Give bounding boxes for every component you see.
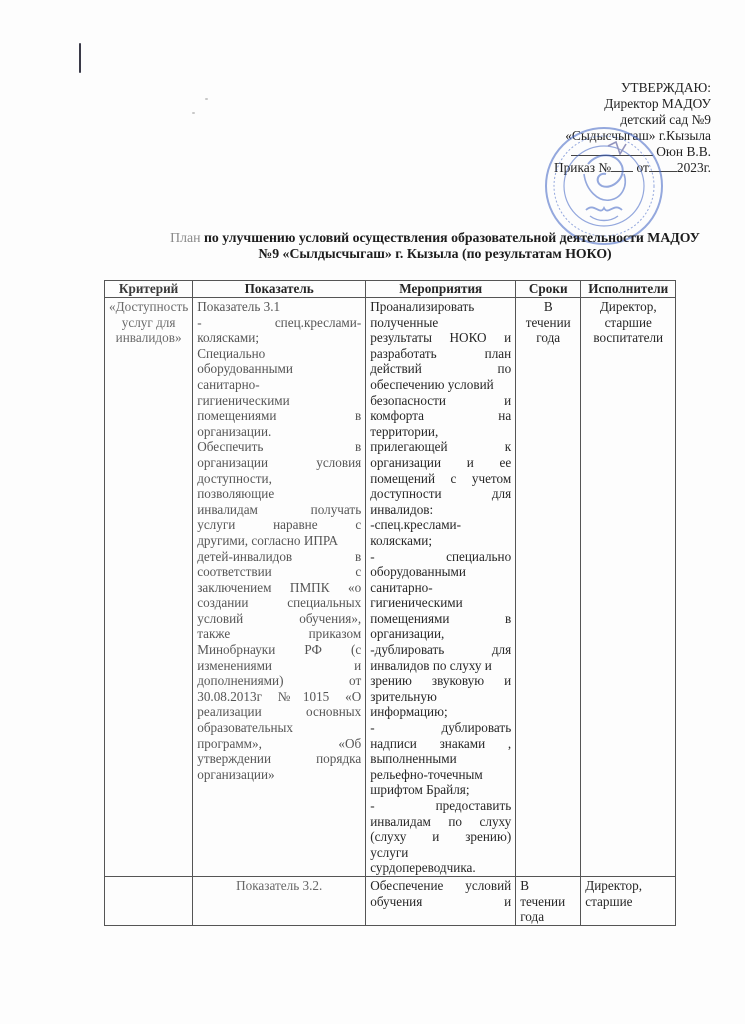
cell-text-line: прилегающей к [370, 439, 511, 455]
approval-signatory-line: Оюн В.В. [554, 144, 711, 160]
cell-text-line: Директор, [585, 878, 671, 894]
cell-text-line: Минобрнауки РФ (с [197, 642, 361, 658]
cell-terms: В течениигода [516, 876, 581, 925]
cell-text-line: организации условия [197, 455, 361, 471]
order-number-blank [611, 160, 633, 172]
cell-text-line: организации» [197, 767, 361, 783]
cell-text-line: рельефно-точечным [370, 767, 511, 783]
cell-text-line: обеспечению условий [370, 377, 511, 393]
pen-mark [79, 43, 81, 73]
cell-text-line: выполненными [370, 751, 511, 767]
cell-measures: Проанализироватьполученныерезультаты НОК… [366, 298, 516, 877]
cell-text-line: разработать план [370, 346, 511, 362]
header-executors: Исполнители [581, 281, 676, 298]
cell-measures: Обеспечение условийобучения и [366, 876, 516, 925]
approval-signatory: Оюн В.В. [656, 144, 711, 159]
cell-text-line: - спец.креслами- [197, 315, 361, 331]
approval-org-name: «Сыдысчыгаш» г.Кызыла [554, 128, 711, 144]
approval-block: УТВЕРЖДАЮ: Директор МАДОУ детский сад №9… [554, 80, 711, 176]
cell-text-line: гигиеническими [197, 393, 361, 409]
cell-text-line: зрению звуковую и [370, 673, 511, 689]
plan-table: Критерий Показатель Мероприятия Сроки Ис… [104, 280, 676, 926]
cell-text-line: санитарно- [370, 580, 511, 596]
cell-text-line: обучения и [370, 894, 511, 910]
cell-text-line: инвалидов по слуху и [370, 658, 511, 674]
cell-text-line: комфорта на [370, 408, 511, 424]
cell-text-line: соответствии с [197, 564, 361, 580]
order-from: от [637, 160, 649, 175]
cell-text-line: надписи знаками , [370, 736, 511, 752]
cell-indicator: Показатель 3.1- спец.креслами-колясками;… [193, 298, 366, 877]
cell-text-line: - специально [370, 549, 511, 565]
cell-text-line: позволяющие [197, 486, 361, 502]
cell-text-line: условий обучения», [197, 611, 361, 627]
cell-text-line: образовательных [197, 720, 361, 736]
cell-text-line: организации. [197, 424, 361, 440]
title-line-1-text: по улучшению условий осуществления образ… [204, 230, 700, 245]
cell-text-line: сурдопереводчика. [370, 860, 511, 876]
cell-text-line: услуги [370, 845, 511, 861]
cell-text-line: услуги наравне с [197, 517, 361, 533]
scanned-document-page: УТВЕРЖДАЮ: Директор МАДОУ детский сад №9… [0, 0, 745, 1024]
cell-text-line: детей-инвалидов в [197, 549, 361, 565]
cell-indicator: Показатель 3.2. [193, 876, 366, 925]
cell-criterion: «Доступностьуслуг дляинвалидов» [105, 298, 193, 877]
document-title: План по улучшению условий осуществления … [140, 230, 730, 262]
cell-text-line: действий по [370, 361, 511, 377]
cell-executors: Директор,старшиевоспитатели [581, 298, 676, 877]
cell-text-line: программ», «Об [197, 736, 361, 752]
cell-text-line: шрифтом Брайля; [370, 782, 511, 798]
cell-text-line: оборудованными [197, 361, 361, 377]
cell-text-line: заключением ПМПК «о [197, 580, 361, 596]
cell-text-line: Специально [197, 346, 361, 362]
cell-text-line: безопасности и [370, 393, 511, 409]
cell-text-line: помещениями в [197, 408, 361, 424]
cell-text-line: инвалидов: [370, 502, 511, 518]
cell-text-line: инвалидам по слуху [370, 814, 511, 830]
approval-order-line: Приказ № от2023г. [554, 160, 711, 176]
cell-text-line: другими, согласно ИПРА [197, 533, 361, 549]
cell-text-line: «Доступность [109, 299, 188, 315]
cell-text-line: 30.08.2013г №1015 «О [197, 689, 361, 705]
cell-text-line: информацию; [370, 704, 511, 720]
cell-text-line: доступности для [370, 486, 511, 502]
cell-text-line: Обеспечить в [197, 439, 361, 455]
cell-text-line: старшие [585, 894, 671, 910]
cell-text-line: -дублировать для [370, 642, 511, 658]
cell-text-line: изменениями и [197, 658, 361, 674]
cell-text-line: организации и ее [370, 455, 511, 471]
cell-text-line: создании специальных [197, 595, 361, 611]
header-measures: Мероприятия [366, 281, 516, 298]
order-year: 2023г. [677, 160, 711, 175]
cell-text-line: дополнениями) от [197, 673, 361, 689]
header-criterion: Критерий [105, 281, 193, 298]
cell-criterion [105, 876, 193, 925]
title-line-1: План по улучшению условий осуществления … [140, 230, 730, 246]
cell-text-line: зрительную [370, 689, 511, 705]
cell-text-line: результаты НОКО и [370, 330, 511, 346]
scan-speck [205, 98, 208, 100]
cell-text-line: колясками; [370, 533, 511, 549]
cell-text-line: В течении [520, 878, 576, 909]
order-prefix: Приказ № [554, 160, 611, 175]
cell-text-line: доступности, [197, 471, 361, 487]
cell-text-line: организации, [370, 626, 511, 642]
cell-text-line: помещениями в [370, 611, 511, 627]
table-row: Показатель 3.2. Обеспечение условийобуче… [105, 876, 676, 925]
cell-text-line: полученные [370, 315, 511, 331]
cell-text-line: санитарно- [197, 377, 361, 393]
cell-text-line: территории, [370, 424, 511, 440]
cell-text-line: инвалидам получать [197, 502, 361, 518]
cell-text-line: года [520, 330, 576, 346]
cell-terms: В течениигода [516, 298, 581, 877]
cell-text-line: старшие [585, 315, 671, 331]
cell-text-line: Обеспечение условий [370, 878, 511, 894]
approval-org-line: детский сад №9 [554, 112, 711, 128]
signature-line [571, 144, 653, 156]
cell-text-line: -спец.креслами- [370, 517, 511, 533]
cell-text-line: реализации основных [197, 704, 361, 720]
cell-text-line: утверждении порядка [197, 751, 361, 767]
cell-text-line: также приказом [197, 626, 361, 642]
table-header-row: Критерий Показатель Мероприятия Сроки Ис… [105, 281, 676, 298]
cell-text-line: воспитатели [585, 330, 671, 346]
cell-text-line: Проанализировать [370, 299, 511, 315]
cell-text-line: Показатель 3.1 [197, 299, 361, 315]
header-terms: Сроки [516, 281, 581, 298]
cell-text-line: Директор, [585, 299, 671, 315]
title-line-2: №9 «Сылдысчыгаш» г. Кызыла (по результат… [140, 246, 730, 262]
scan-speck [192, 112, 195, 114]
cell-text-line: гигиеническими [370, 595, 511, 611]
cell-text-line: оборудованными [370, 564, 511, 580]
approval-position: Директор МАДОУ [554, 96, 711, 112]
cell-text-line: (слуху и зрению) [370, 829, 511, 845]
cell-text-line: инвалидов» [109, 330, 188, 346]
cell-text-line: В течении [520, 299, 576, 330]
order-date-blank [649, 160, 677, 172]
approval-heading: УТВЕРЖДАЮ: [554, 80, 711, 96]
title-prefix: План [170, 230, 200, 245]
cell-text-line: - предоставить [370, 798, 511, 814]
table-row: «Доступностьуслуг дляинвалидов» Показате… [105, 298, 676, 877]
cell-text-line: помещений с учетом [370, 471, 511, 487]
header-indicator: Показатель [193, 281, 366, 298]
cell-text-line: года [520, 909, 576, 925]
cell-text-line: услуг для [109, 315, 188, 331]
cell-text-line: - дублировать [370, 720, 511, 736]
cell-executors: Директор,старшие [581, 876, 676, 925]
cell-text-line: колясками; [197, 330, 361, 346]
